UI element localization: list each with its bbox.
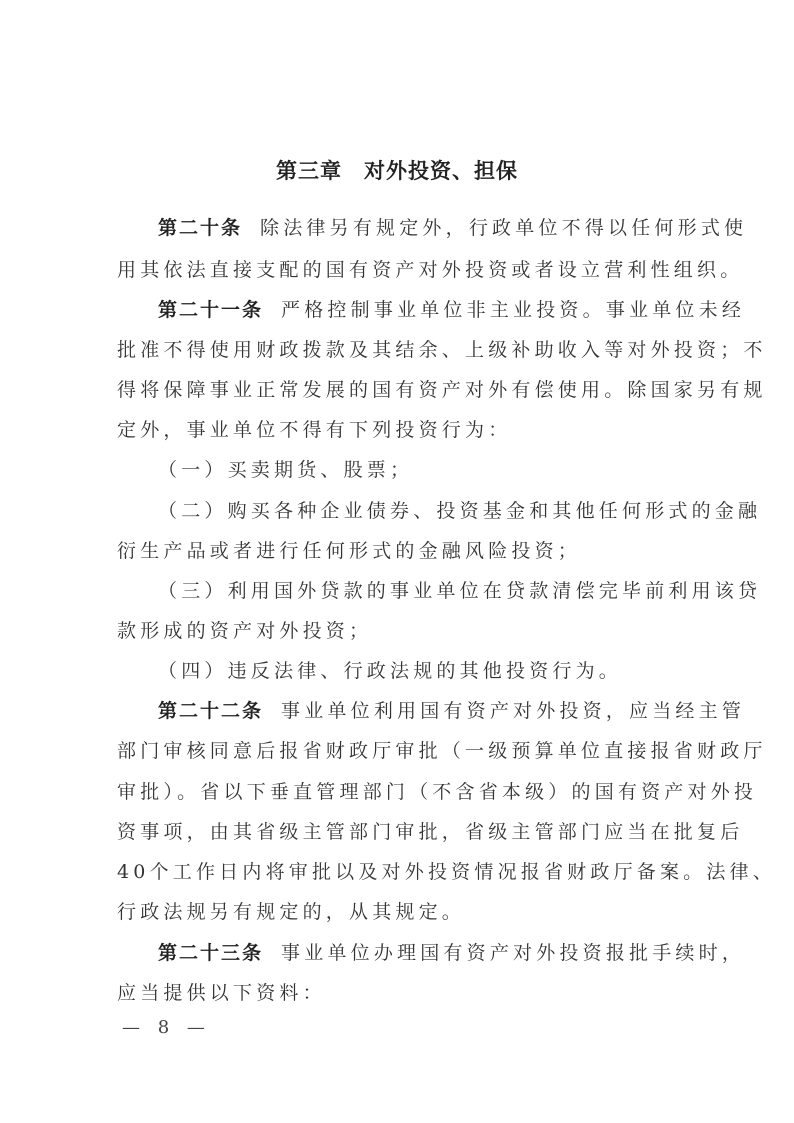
article-text: 事业单位办理国有资产对外投资报批手续时， bbox=[281, 942, 745, 964]
list-item-4: （四）违反法律、行政法规的其他投资行为。 bbox=[158, 659, 748, 683]
article-text: 严格控制事业单位非主业投资。事业单位未经 bbox=[281, 299, 745, 321]
article-22-line-4: 资事项，由其省级主管部门审批，省级主管部门应当在批复后 bbox=[117, 820, 707, 844]
list-item-2-line-2: 衍生产品或者进行任何形式的金融风险投资； bbox=[117, 539, 707, 563]
article-label: 第二十一条 bbox=[158, 299, 263, 321]
article-22-line-2: 部门审核同意后报省财政厅审批（一级预算单位直接报省财政厅 bbox=[117, 739, 707, 763]
article-22-line-6: 行政法规另有规定的，从其规定。 bbox=[117, 900, 707, 924]
article-21-line-2: 批准不得使用财政拨款及其结余、上级补助收入等对外投资；不 bbox=[117, 338, 707, 362]
article-21-line-4: 定外，事业单位不得有下列投资行为： bbox=[117, 418, 707, 442]
article-23-line-1: 第二十三条事业单位办理国有资产对外投资报批手续时， bbox=[158, 941, 748, 965]
document-page: 第三章对外投资、担保 第二十条除法律另有规定外，行政单位不得以任何形式使 用其依… bbox=[0, 0, 794, 1123]
article-label: 第二十三条 bbox=[158, 942, 263, 964]
article-label: 第二十条 bbox=[158, 217, 242, 239]
article-20-line-1: 第二十条除法律另有规定外，行政单位不得以任何形式使 bbox=[158, 216, 748, 240]
article-22-line-5: 40个工作日内将审批以及对外投资情况报省财政厅备案。法律、 bbox=[117, 860, 707, 884]
article-22-line-1: 第二十二条事业单位利用国有资产对外投资，应当经主管 bbox=[158, 699, 748, 723]
list-item-3-line-1: （三）利用国外贷款的事业单位在贷款清偿完毕前利用该贷 bbox=[158, 579, 748, 603]
list-item-3-line-2: 款形成的资产对外投资； bbox=[117, 619, 707, 643]
chapter-title: 对外投资、担保 bbox=[364, 159, 518, 183]
chapter-number: 第三章 bbox=[276, 159, 342, 183]
list-item-2-line-1: （二）购买各种企业债券、投资基金和其他任何形式的金融 bbox=[158, 499, 748, 523]
article-23-line-2: 应当提供以下资料： bbox=[117, 981, 707, 1005]
chapter-heading: 第三章对外投资、担保 bbox=[0, 155, 794, 185]
article-21-line-1: 第二十一条严格控制事业单位非主业投资。事业单位未经 bbox=[158, 298, 748, 322]
article-text: 事业单位利用国有资产对外投资，应当经主管 bbox=[281, 700, 745, 722]
article-text: 除法律另有规定外，行政单位不得以任何形式使 bbox=[260, 217, 747, 239]
article-22-line-3: 审批）。省以下垂直管理部门（不含省本级）的国有资产对外投 bbox=[117, 780, 707, 804]
article-21-line-3: 得将保障事业正常发展的国有资产对外有偿使用。除国家另有规 bbox=[117, 378, 707, 402]
list-item-1: （一）买卖期货、股票； bbox=[158, 458, 748, 482]
article-label: 第二十二条 bbox=[158, 700, 263, 722]
article-20-line-2: 用其依法直接支配的国有资产对外投资或者设立营利性组织。 bbox=[117, 258, 707, 282]
page-number: — 8 — bbox=[122, 1017, 211, 1038]
